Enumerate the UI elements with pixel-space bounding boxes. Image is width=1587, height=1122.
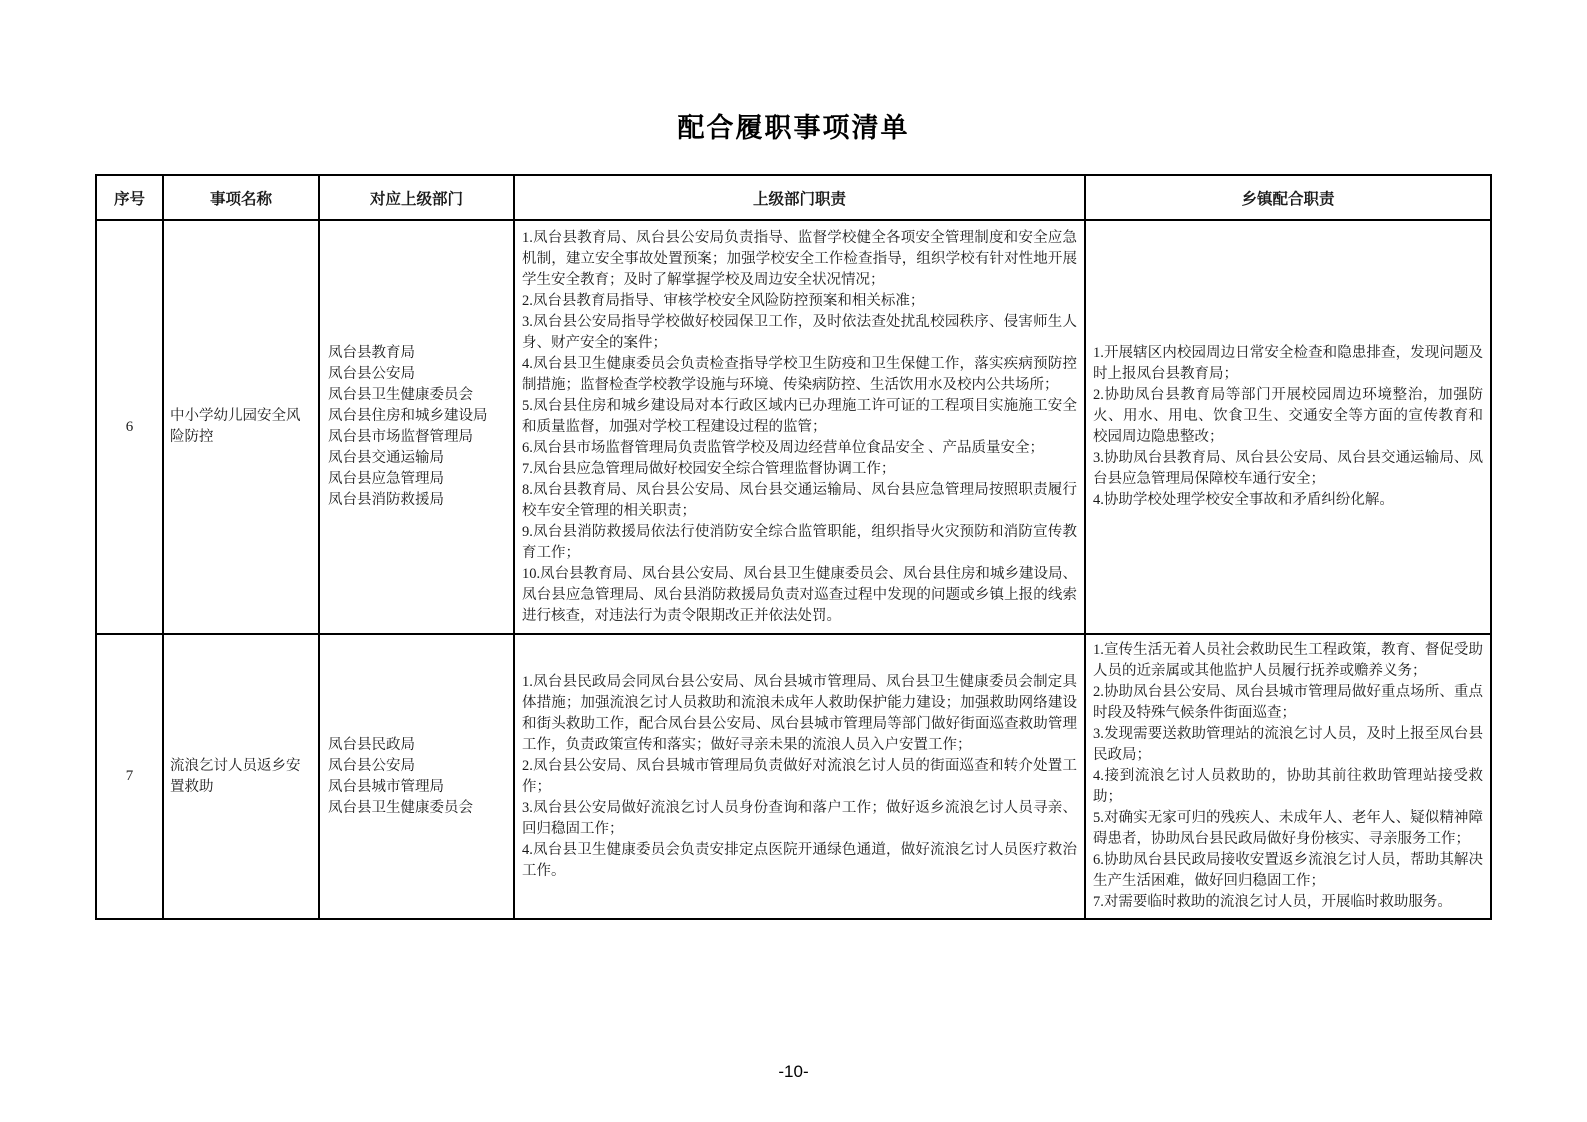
column-header-superior-duties: 上级部门职责 xyxy=(514,175,1085,220)
table-row: 6 中小学幼儿园安全风险防控 凤台县教育局 凤台县公安局 凤台县卫生健康委员会 … xyxy=(96,220,1491,634)
column-header-superior-departments: 对应上级部门 xyxy=(319,175,514,220)
township-duties-cell: 1.开展辖区内校园周边日常安全检查和隐患排查，发现问题及时上报凤台县教育局； 2… xyxy=(1085,220,1491,634)
header-row: 序号 事项名称 对应上级部门 上级部门职责 乡镇配合职责 xyxy=(96,175,1491,220)
superior-duties-cell: 1.凤台县教育局、凤台县公安局负责指导、监督学校健全各项安全管理制度和安全应急机… xyxy=(514,220,1085,634)
item-name-cell: 流浪乞讨人员返乡安置救助 xyxy=(163,634,319,919)
column-header-township-duties: 乡镇配合职责 xyxy=(1085,175,1491,220)
page-title: 配合履职事项清单 xyxy=(0,106,1587,145)
departments-cell: 凤台县民政局 凤台县公安局 凤台县城市管理局 凤台县卫生健康委员会 xyxy=(319,634,514,919)
column-header-item-name: 事项名称 xyxy=(163,175,319,220)
row-index-cell: 7 xyxy=(96,634,163,919)
departments-cell: 凤台县教育局 凤台县公安局 凤台县卫生健康委员会 凤台县住房和城乡建设局 凤台县… xyxy=(319,220,514,634)
column-header-index: 序号 xyxy=(96,175,163,220)
page-number: -10- xyxy=(0,1062,1587,1082)
item-name-cell: 中小学幼儿园安全风险防控 xyxy=(163,220,319,634)
table-row: 7 流浪乞讨人员返乡安置救助 凤台县民政局 凤台县公安局 凤台县城市管理局 凤台… xyxy=(96,634,1491,919)
cooperation-duties-table: 序号 事项名称 对应上级部门 上级部门职责 乡镇配合职责 6 中小学幼儿园安全风… xyxy=(95,174,1492,920)
row-index-cell: 6 xyxy=(96,220,163,634)
township-duties-cell: 1.宣传生活无着人员社会救助民生工程政策，教育、督促受助人员的近亲属或其他监护人… xyxy=(1085,634,1491,919)
document-page: 配合履职事项清单 序号 事项名称 对应上级部门 上级部门职责 乡镇配合职责 6 … xyxy=(0,0,1587,1122)
superior-duties-cell: 1.凤台县民政局会同凤台县公安局、凤台县城市管理局、凤台县卫生健康委员会制定具体… xyxy=(514,634,1085,919)
